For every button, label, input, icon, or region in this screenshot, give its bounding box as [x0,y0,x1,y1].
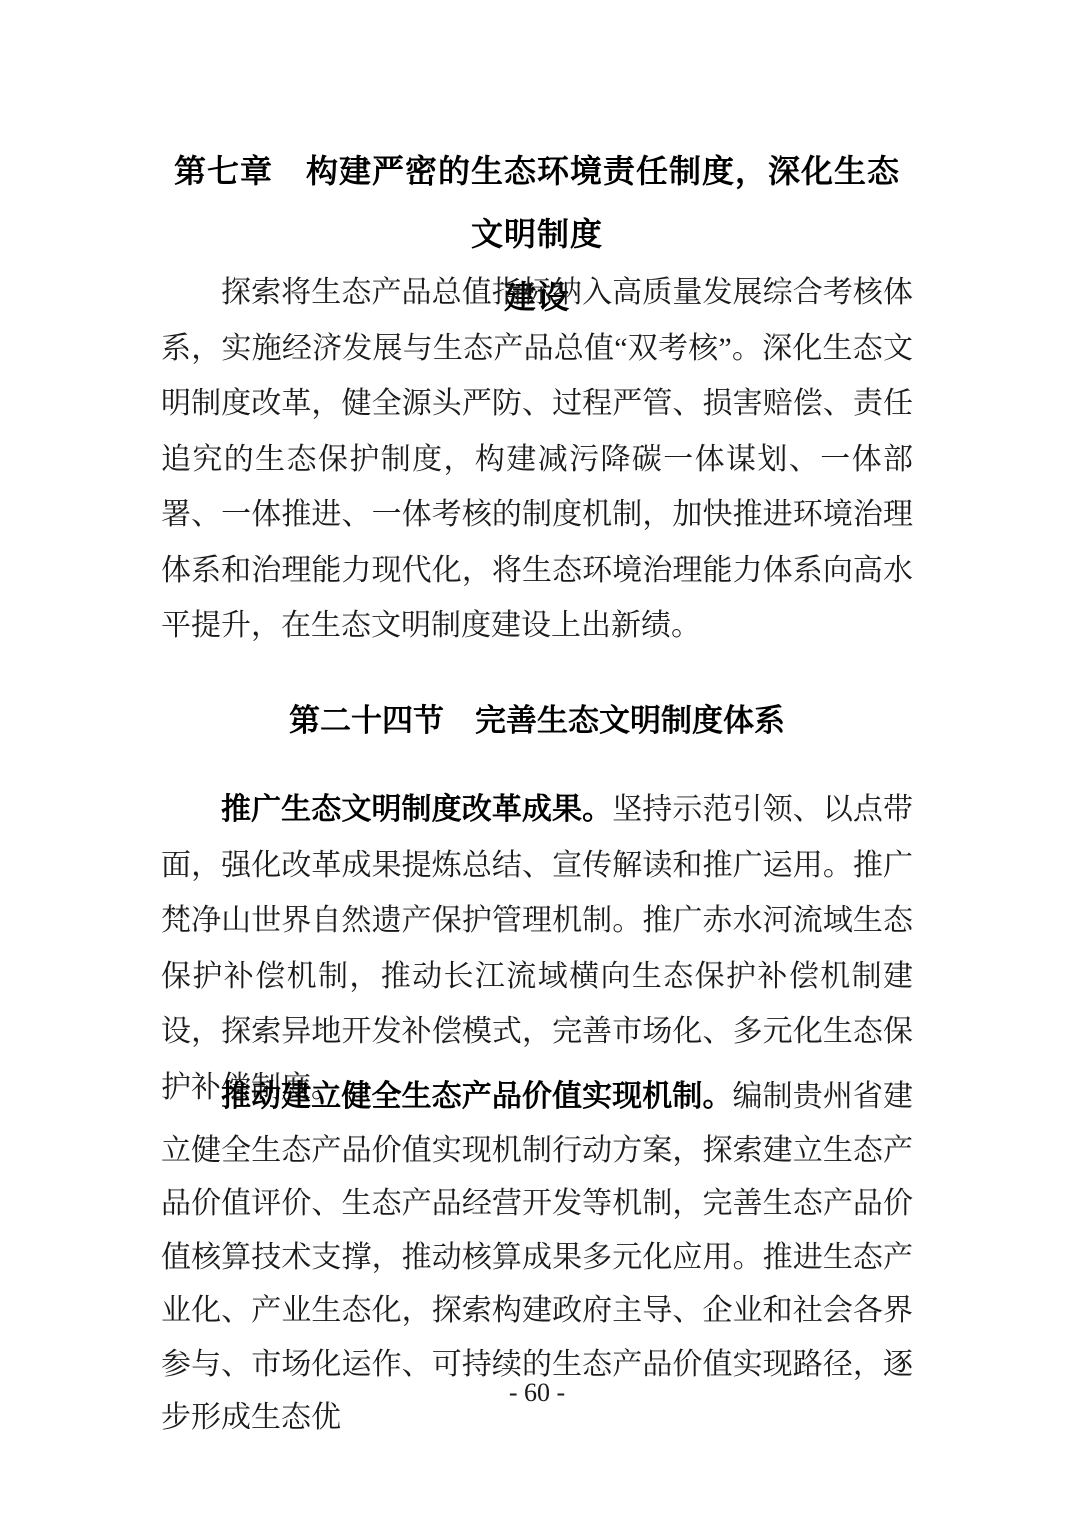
chapter-title-line1: 第七章 构建严密的生态环境责任制度，深化生态文明制度 [161,140,913,266]
intro-paragraph: 探索将生态产品总值指标纳入高质量发展综合考核体系，实施经济发展与生态产品总值“双… [161,265,913,654]
reform-results-paragraph: 推广生态文明制度改革成果。坚持示范引领、以点带面，强化改革成果提炼总结、宣传解读… [161,782,913,1115]
section-heading: 第二十四节 完善生态文明制度体系 [161,695,913,747]
page-number: - 60 - [161,1379,913,1407]
product-value-lead: 推动建立健全生态产品价值实现机制。 [221,1080,733,1113]
document-page: 第七章 构建严密的生态环境责任制度，深化生态文明制度 建设 探索将生态产品总值指… [0,0,1074,1520]
reform-results-lead: 推广生态文明制度改革成果。 [221,793,612,826]
reform-results-text: 坚持示范引领、以点带面，强化改革成果提炼总结、宣传解读和推广运用。推广梵净山世界… [161,793,913,1104]
